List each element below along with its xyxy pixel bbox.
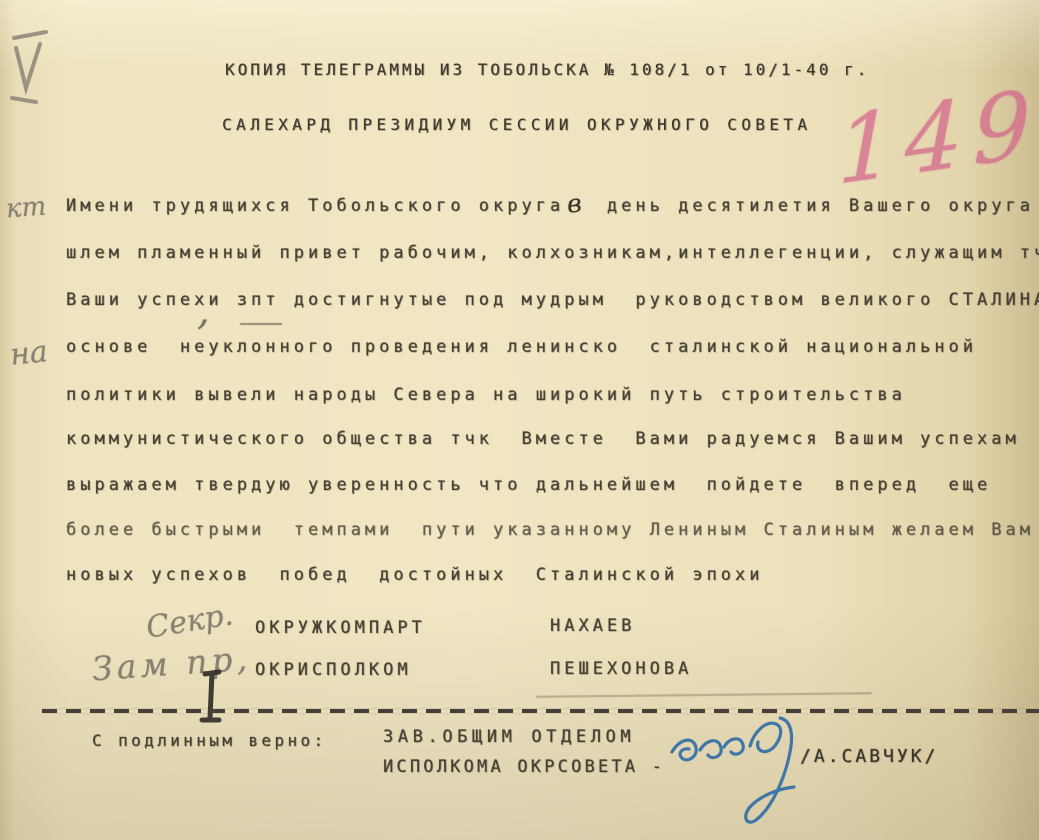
certifier-title-line-1: ЗАВ.ОБЩИМ ОТДЕЛОМ [383, 727, 635, 747]
body-line: шлем пламенный привет рабочим, колхозник… [66, 243, 1039, 263]
body-line: политики вывели народы Севера на широкий… [66, 385, 906, 405]
body-line: Имени трудящихся Тобольского округа день… [66, 196, 1034, 216]
body-line: Ваши успехи зпт достигнутые под мудрым р… [66, 290, 1039, 310]
signature-name-2: ПЕШЕХОНОВА [550, 659, 692, 679]
body-line: основе неуклонного проведения ленинско с… [66, 337, 977, 357]
inserted-letter-v: в [566, 188, 583, 218]
corner-pencil-mark [8, 26, 58, 106]
certifier-title-line-2: ИСПОЛКОМА ОКРСОВЕТА - [383, 757, 665, 777]
header-line-1: КОПИЯ ТЕЛЕГРАММЫ ИЗ ТОБОЛЬСКА № 108/1 от… [225, 60, 869, 79]
ink-stroke-mark [192, 668, 232, 728]
registration-number: 149 [837, 69, 1039, 206]
margin-pencil-mark-top: кт [5, 192, 47, 225]
pencil-note-sekr: Секр. [144, 597, 236, 645]
body-line: более быстрыми темпами пути указанному Л… [66, 520, 1034, 540]
inserted-comma: , [197, 288, 210, 334]
handwritten-signature [658, 712, 833, 832]
signature-name-1: НАХАЕВ [550, 616, 635, 636]
signature-org-2: ОКРИСПОЛКОМ [255, 660, 412, 680]
body-line: коммунистического общества тчк Вместе Ва… [66, 429, 1020, 449]
pencil-underline-zpt [240, 323, 282, 325]
certified-true-label: С подлинным верно: [92, 731, 327, 750]
body-line: выражаем твердую уверенность что дальней… [66, 475, 991, 495]
body-line: новых успехов побед достойных Сталинской… [66, 565, 764, 585]
certifier-typed-name: /А.САВЧУК/ [800, 746, 938, 767]
margin-pencil-mark-mid: на [8, 334, 49, 373]
header-line-2: САЛЕХАРД ПРЕЗИДИУМ СЕССИИ ОКРУЖНОГО СОВЕ… [222, 115, 811, 134]
pencil-underline-peshekhonova [536, 692, 872, 698]
signature-org-1: ОКРУЖКОМПАРТ [255, 618, 426, 638]
document-page: КОПИЯ ТЕЛЕГРАММЫ ИЗ ТОБОЛЬСКА № 108/1 от… [0, 0, 1039, 840]
dashed-separator [42, 709, 1039, 713]
